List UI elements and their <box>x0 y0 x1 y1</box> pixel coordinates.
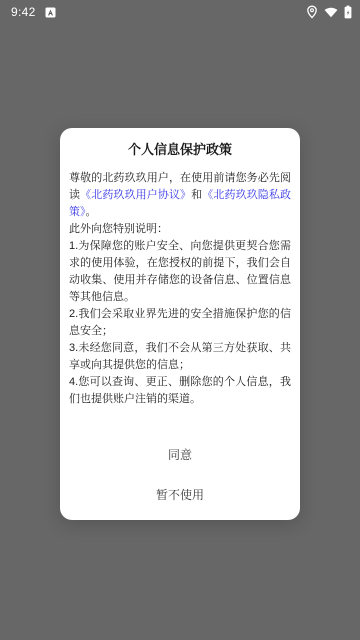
battery-icon <box>344 5 352 19</box>
privacy-overlay-screen: 9:42 <box>0 0 360 640</box>
user-agreement-link[interactable]: 《北药玖玖用户协议》 <box>80 189 191 201</box>
location-icon <box>306 5 318 19</box>
status-bar: 9:42 <box>0 0 360 24</box>
dialog-title: 个人信息保护政策 <box>60 141 300 159</box>
wifi-icon <box>324 7 338 18</box>
not-now-button[interactable]: 暂不使用 <box>60 487 300 504</box>
policy-item-3: 3.未经您同意，我们不会从第三方处获取、共享或向其提供您的信息； <box>69 340 291 374</box>
status-time: 9:42 <box>11 5 36 19</box>
intro-conjunction: 和 <box>191 189 202 201</box>
notification-app-icon <box>45 7 56 18</box>
policy-item-2: 2.我们会采取业界先进的安全措施保护您的信息安全； <box>69 306 291 340</box>
privacy-policy-dialog: 个人信息保护政策 尊敬的北药玖玖用户，在使用前请您务必先阅读《北药玖玖用户协议》… <box>60 128 300 520</box>
intro-paragraph: 尊敬的北药玖玖用户，在使用前请您务必先阅读《北药玖玖用户协议》和《北药玖玖隐私政… <box>69 170 291 221</box>
status-right-icons <box>306 5 352 19</box>
policy-item-4: 4.您可以查询、更正、删除您的个人信息，我们也提供账户注销的渠道。 <box>69 374 291 408</box>
dialog-body: 尊敬的北药玖玖用户，在使用前请您务必先阅读《北药玖玖用户协议》和《北药玖玖隐私政… <box>60 170 300 408</box>
intro-suffix: 。 <box>86 206 97 218</box>
agree-button[interactable]: 同意 <box>60 447 300 464</box>
note-heading: 此外向您特别说明： <box>69 221 291 238</box>
policy-item-1: 1.为保障您的账户安全、向您提供更契合您需求的使用体验，在您授权的前提下，我们会… <box>69 238 291 306</box>
